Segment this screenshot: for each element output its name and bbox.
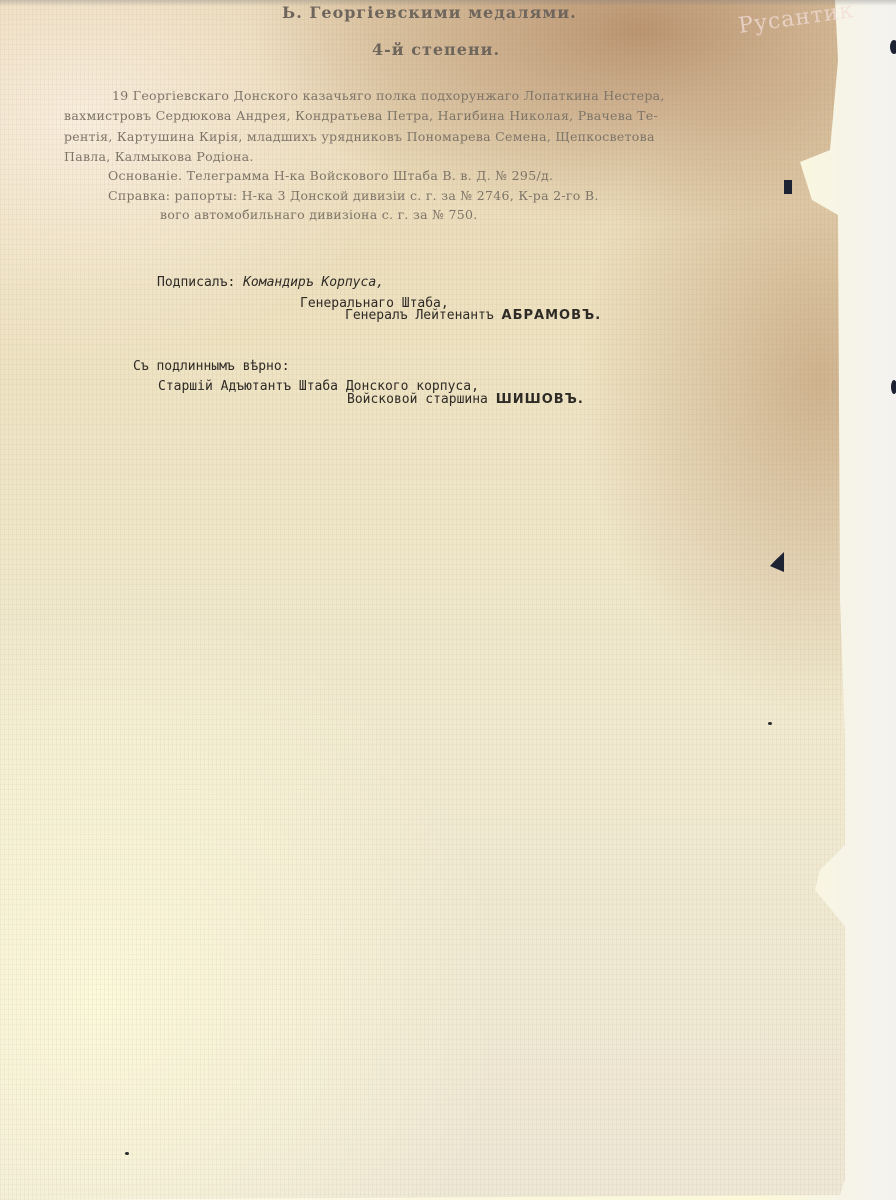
reference-line-1: Справка: рапорты: Н-ка 3 Донской дивизіи…: [108, 188, 599, 203]
ink-blot: [784, 180, 792, 194]
paper-speck: [768, 722, 772, 725]
section-subheading: 4-й степени.: [372, 40, 500, 59]
signed-label: Подписалъ:: [157, 275, 235, 290]
signed-name: АБРАМОВЪ.: [502, 308, 602, 323]
signed-title-1: Командиръ Корпуса,: [243, 275, 384, 290]
reference-line-2: вого автомобильнаго дивизіона с. г. за №…: [160, 207, 478, 222]
signed-block: Подписалъ: Командиръ Корпуса,: [157, 275, 384, 290]
certified-rank: Войсковой старшина: [347, 392, 488, 407]
signed-rank: Генералъ Лейтенантъ: [345, 308, 494, 323]
award-line-2: вахмистровъ Сердюкова Андрея, Кондратьев…: [64, 108, 658, 123]
certified-name: ШИШОВЪ.: [496, 392, 584, 407]
certified-rank-line: Войсковой старшина ШИШОВЪ.: [347, 392, 584, 407]
ink-blot: [890, 40, 896, 54]
ink-blot: [891, 380, 896, 394]
certified-label: Съ подлиннымъ вѣрно:: [133, 359, 290, 374]
section-heading: Ь. Георгіевскими медалями.: [282, 3, 577, 22]
award-line-3: рентія, Картушина Кирія, младшихъ урядни…: [64, 129, 655, 144]
signed-rank-line: Генералъ Лейтенантъ АБРАМОВЪ.: [345, 308, 601, 323]
award-line-1: 19 Георгіевскаго Донского казачьяго полк…: [112, 88, 665, 103]
basis-line: Основаніе. Телеграмма Н-ка Войскового Шт…: [108, 168, 553, 183]
award-line-4: Павла, Калмыкова Родіона.: [64, 149, 254, 164]
paper-speck: [125, 1152, 129, 1155]
